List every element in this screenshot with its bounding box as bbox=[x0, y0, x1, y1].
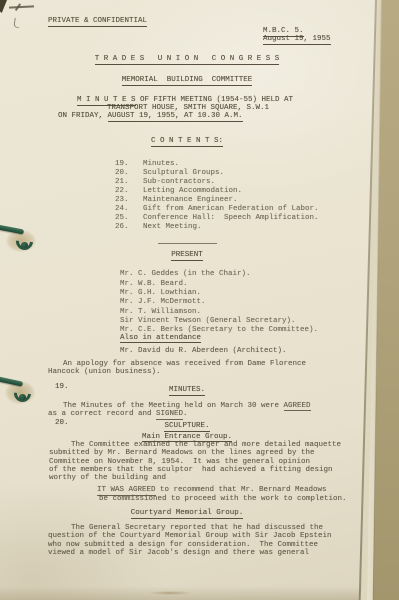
resolution-rest: to recommend that Mr. Bernard Meadows bbox=[156, 486, 327, 494]
minutes-heading-text: MINUTES. bbox=[169, 386, 205, 396]
contents-item-number: 21. bbox=[115, 178, 143, 186]
reference-number: M.B.C. 5. bbox=[263, 27, 304, 35]
classification-label: PRIVATE & CONFIDENTIAL bbox=[48, 17, 147, 25]
apology-line: An apology for absence was received from… bbox=[63, 360, 306, 368]
agreed-word: AGREED bbox=[284, 402, 311, 412]
attendee-architect: Mr. David du R. Aberdeen (Architect). bbox=[120, 347, 287, 355]
meeting-title-line3-date: AUGUST 19, 1955, AT 10.30 A.M. bbox=[108, 112, 243, 122]
paragraph-line: who now submitted a design for considera… bbox=[48, 541, 318, 549]
contents-item-number: 22. bbox=[115, 187, 143, 195]
contents-item-label: Letting Accommodation. bbox=[143, 187, 242, 195]
paragraph-line: submitted by Mr. Bernard Meadows on the … bbox=[49, 449, 315, 457]
committee-title-text: MEMORIAL BUILDING COMMITTEE bbox=[122, 76, 253, 86]
document-date: August 19, 1955 bbox=[263, 35, 331, 43]
contents-item-label: Gift from American Federation of Labor. bbox=[143, 205, 319, 213]
paragraph-line: of the members that the sculptor had ach… bbox=[49, 466, 333, 474]
contents-item: 21.Sub-contractors. bbox=[115, 178, 215, 186]
apology-line: Hancock (union business). bbox=[48, 368, 161, 376]
resolution-line: IT WAS AGREED to recommend that Mr. Bern… bbox=[97, 486, 327, 494]
contents-item-label: Sub-contractors. bbox=[143, 178, 215, 186]
paragraph-line: The Committee examined the larger and mo… bbox=[71, 441, 341, 449]
contents-item-number: 24. bbox=[115, 205, 143, 213]
contents-heading-text: C O N T E N T S: bbox=[151, 137, 223, 147]
classification-text: PRIVATE & CONFIDENTIAL bbox=[48, 17, 147, 27]
signed-word: SIGNED bbox=[156, 410, 183, 420]
paragraph-line: The General Secretary reported that he h… bbox=[71, 524, 323, 532]
committee-title: MEMORIAL BUILDING COMMITTEE bbox=[0, 76, 374, 84]
minutes-section-heading: MINUTES. bbox=[0, 386, 374, 394]
contents-item-number: 26. bbox=[115, 223, 143, 231]
meeting-title-line1: M I N U T E S OF FIFTH MEETING (1954-55)… bbox=[77, 96, 293, 104]
contents-heading: C O N T E N T S: bbox=[0, 137, 374, 145]
contents-item-label: Minutes. bbox=[143, 160, 179, 168]
contents-item-number: 25. bbox=[115, 214, 143, 222]
contents-item-label: Sculptural Groups. bbox=[143, 169, 224, 177]
meeting-title-line1-rest: OF FIFTH MEETING (1954-55) HELD AT bbox=[136, 96, 294, 104]
contents-item: 25.Conference Hall: Speech Amplification… bbox=[115, 214, 319, 222]
minutes-line2-post: . bbox=[183, 410, 188, 418]
resolution-line: be commissioned to proceed with the work… bbox=[99, 495, 347, 503]
page-bottom-shadow bbox=[0, 586, 399, 600]
present-member: Mr. J.F. McDermott. bbox=[120, 298, 206, 306]
contents-item: 20.Sculptural Groups. bbox=[115, 169, 224, 177]
contents-item-label: Next Meeting. bbox=[143, 223, 202, 231]
sculpture-heading-text: SCULPTURE. bbox=[164, 422, 209, 432]
document-page: PRIVATE & CONFIDENTIAL M.B.C. 5. August … bbox=[0, 0, 399, 600]
contents-item-number: 20. bbox=[115, 169, 143, 177]
minutes-line2-pre: as a correct record and bbox=[48, 410, 156, 418]
meeting-title-line2: TRANSPORT HOUSE, SMITH SQUARE, S.W.1 bbox=[107, 104, 269, 112]
minutes-line1-pre: The Minutes of the Meeting held on March… bbox=[63, 402, 284, 410]
contents-item: 22.Letting Accommodation. bbox=[115, 187, 242, 195]
org-title: T R A D E S U N I O N C O N G R E S S bbox=[0, 55, 374, 63]
contents-item: 19.Minutes. bbox=[115, 160, 179, 168]
contents-item: 24.Gift from American Federation of Labo… bbox=[115, 205, 319, 213]
meeting-title-line3-pre: ON FRIDAY, bbox=[58, 112, 108, 120]
binding-cord-top-knot bbox=[21, 242, 28, 248]
present-member: Mr. C. Geddes (in the Chair). bbox=[120, 270, 251, 278]
paragraph-line: The Minutes of the Meeting held on March… bbox=[63, 402, 311, 410]
contents-item: 23.Maintenance Engineer. bbox=[115, 196, 238, 204]
contents-item: 26.Next Meeting. bbox=[115, 223, 202, 231]
present-member: Mr. G.H. Lowthian. bbox=[120, 289, 201, 297]
courtyard-group-text: Courtyard Memorial Group. bbox=[131, 509, 244, 519]
contents-item-number: 23. bbox=[115, 196, 143, 204]
date-text: August 19, 1955 bbox=[263, 35, 331, 45]
paragraph-line: worthy of the building and bbox=[49, 474, 166, 482]
present-member: Mr. W.B. Beard. bbox=[120, 280, 188, 288]
org-title-text: T R A D E S U N I O N C O N G R E S S bbox=[95, 55, 280, 65]
paragraph-line: viewed a model of Sir Jacob's design and… bbox=[48, 549, 309, 557]
paragraph-line: Committee on November 8, 1954. It was th… bbox=[49, 458, 310, 466]
divider-rule bbox=[158, 243, 217, 244]
meeting-title-line3: ON FRIDAY, AUGUST 19, 1955, AT 10.30 A.M… bbox=[58, 112, 243, 120]
contents-item-number: 19. bbox=[115, 160, 143, 168]
binding-cord-bottom-knot bbox=[19, 394, 26, 400]
contents-item-label: Maintenance Engineer. bbox=[143, 196, 238, 204]
paragraph-line: as a correct record and SIGNED. bbox=[48, 410, 188, 418]
contents-item-label: Conference Hall: Speech Amplification. bbox=[143, 214, 319, 222]
subsection-heading: Main Entrance Group. bbox=[0, 433, 374, 441]
also-attendance-text: Also in attendance bbox=[120, 334, 201, 344]
present-member: Sir Vincent Tewson (General Secretary). bbox=[120, 317, 296, 325]
also-attendance-heading: Also in attendance bbox=[120, 334, 201, 342]
present-member: Mr. T. Williamson. bbox=[120, 308, 201, 316]
photo-backdrop: PRIVATE & CONFIDENTIAL M.B.C. 5. August … bbox=[0, 0, 399, 600]
present-heading: PRESENT bbox=[0, 251, 374, 259]
sculpture-section-heading: SCULPTURE. bbox=[0, 422, 374, 430]
present-heading-text: PRESENT bbox=[171, 251, 203, 261]
subsection-heading: Courtyard Memorial Group. bbox=[0, 509, 374, 517]
paragraph-line: question of the Courtyard Memorial Group… bbox=[48, 532, 332, 540]
